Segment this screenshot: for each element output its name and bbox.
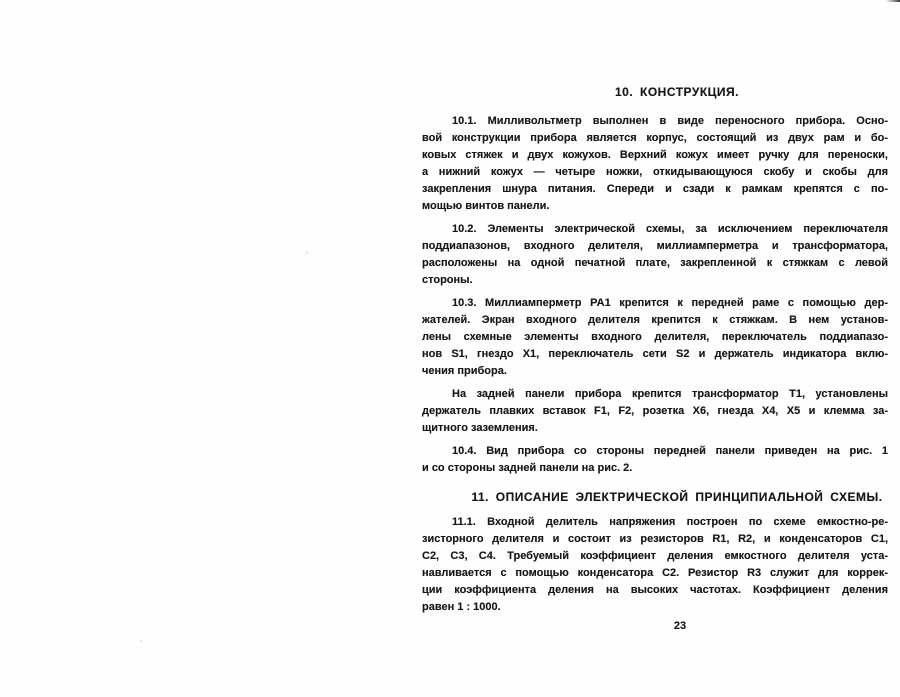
scan-speck: [140, 640, 142, 642]
text-line: а нижний кожух — четыре ножки, откидываю…: [422, 164, 888, 181]
text-line: 10.4. Вид прибора со стороны передней па…: [422, 443, 888, 460]
text-line: 10.1. Милливольтметр выполнен в виде пер…: [422, 113, 888, 130]
page-number: 23: [648, 620, 712, 632]
paragraph-10-3-continued: На задней панели прибора крепится трансф…: [422, 386, 888, 437]
paragraph-10-4: 10.4. Вид прибора со стороны передней па…: [422, 443, 888, 477]
text-line: закрепления шнура питания. Спереди и сза…: [422, 181, 888, 198]
text-line: расположены на одной печатной плате, зак…: [422, 255, 888, 272]
text-line: ции коэффициента деления на высоких част…: [422, 582, 888, 599]
text-line: C2, C3, C4. Требуемый коэффициент делени…: [422, 548, 888, 565]
section-10-heading: 10. КОНСТРУКЦИЯ.: [466, 84, 888, 101]
paragraph-10-2: 10.2. Элементы электрической схемы, за и…: [422, 221, 888, 289]
text-line: ковых стяжек и двух кожухов. Верхний кож…: [422, 147, 888, 164]
scan-speck: [306, 252, 308, 254]
scanned-document-page: 10. КОНСТРУКЦИЯ. 10.1. Милливольтметр вы…: [0, 0, 900, 697]
paragraph-11-1: 11.1. Входной делитель напряжения постро…: [422, 514, 888, 616]
text-line: 11.1. Входной делитель напряжения постро…: [422, 514, 888, 531]
paragraph-10-3: 10.3. Миллиамперметр PA1 крепится к пере…: [422, 295, 888, 380]
text-line: На задней панели прибора крепится трансф…: [422, 386, 888, 403]
text-line: равен 1 : 1000.: [422, 599, 888, 616]
text-line: навливается с помощью конденсатора C2. Р…: [422, 565, 888, 582]
section-11-heading: 11. ОПИСАНИЕ ЭЛЕКТРИЧЕСКОЙ ПРИНЦИПИАЛЬНО…: [466, 489, 888, 506]
text-line: 10.3. Миллиамперметр PA1 крепится к пере…: [422, 295, 888, 312]
paragraph-10-1: 10.1. Милливольтметр выполнен в виде пер…: [422, 113, 888, 215]
text-line: щитного заземления.: [422, 420, 888, 437]
text-line: вой конструкции прибора является корпус,…: [422, 130, 888, 147]
text-line: и со стороны задней панели на рис. 2.: [422, 460, 888, 477]
text-line: стороны.: [422, 272, 888, 289]
text-line: держатель плавких вставок F1, F2, розетк…: [422, 403, 888, 420]
scan-artifact-mark: [886, 0, 900, 2]
text-line: нов S1, гнездо X1, переключатель сети S2…: [422, 346, 888, 363]
text-line: поддиапазонов, входного делителя, миллиа…: [422, 238, 888, 255]
text-line: зисторного делителя и состоит из резисто…: [422, 531, 888, 548]
text-line: мощью винтов панели.: [422, 198, 888, 215]
text-line: жателей. Экран входного делителя крепитс…: [422, 312, 888, 329]
text-line: лены схемные элементы входного делителя,…: [422, 329, 888, 346]
text-column: 10. КОНСТРУКЦИЯ. 10.1. Милливольтметр вы…: [422, 84, 888, 616]
text-line: чения прибора.: [422, 363, 888, 380]
text-line: 10.2. Элементы электрической схемы, за и…: [422, 221, 888, 238]
